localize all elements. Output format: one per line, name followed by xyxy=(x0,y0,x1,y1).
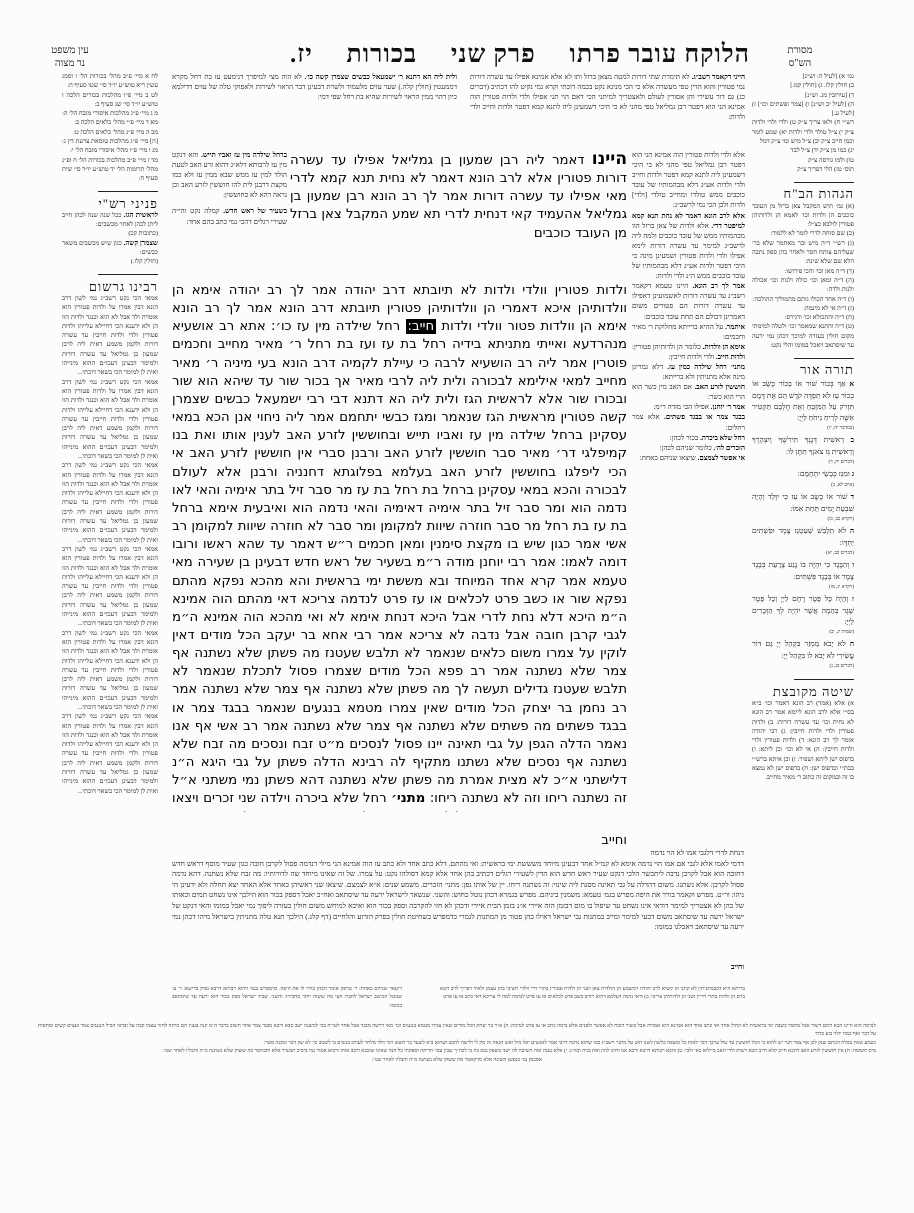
verse-text: שׁוֹר אוֹ כֶשֶׂב אוֹ עֵז כִּי יִוָּלֵד ו… xyxy=(752,492,854,513)
chapter-name: הלוקח עובר פרתו xyxy=(569,41,750,69)
left-margin-column: לח א מיי׳ פ״ב מהל׳ בכורות הל׳ ו וסמג עשי… xyxy=(62,72,158,1072)
verse-source: (שמות יג, יב) xyxy=(752,627,854,638)
rashi-entry: מתני׳ רחל שילדה כמין עז. דלא גמרינן מינה… xyxy=(632,362,745,382)
torah-or-verse: ה לֹא תִלְבַּשׁ שַׁעַטְנֵז צֶמֶר וּפִשְׁ… xyxy=(752,525,854,548)
footnotes-right: בריתא היא דבבמתניתין לא קתני הן קשיא לרב… xyxy=(440,985,745,1020)
ein-mishpat-entry: [ה] מיי׳ פ״ג מהלכות טומאת צרעת דין ג: xyxy=(62,137,158,146)
page-header: הלוקח עובר פרתו פרק שני בכורות יז. xyxy=(290,40,750,70)
rashi-text: כלומר שניהם לכהן: xyxy=(660,444,712,452)
masoret-hashas-label: מסורת הש"ס xyxy=(775,44,825,70)
rashi-lemma: אי אפשר לצמצם. xyxy=(698,454,745,462)
ornament-divider xyxy=(752,677,854,683)
rashi-lemma: אמר ר׳ יוחנן. xyxy=(711,403,745,411)
folio-number: יז. xyxy=(290,41,313,69)
habach-entry: (ד) ד״ה מאן וכו׳ והכי פירושו: xyxy=(752,267,854,276)
gemara-closing-word: וחייב xyxy=(601,833,627,848)
rashi-lemma: ולדות חייב. xyxy=(716,353,745,361)
pninei-rashi-title: פניני רש"י xyxy=(62,199,158,208)
pninei-rashi-entry: לראשית הגז. ככל שנה שנה לכהן חייב ליתן ל… xyxy=(62,211,158,230)
verse-text: וּמִגֵּז כְּבָשַׂי יִתְחַמָּם: xyxy=(798,469,850,478)
rashi-opening: הייני דקאמר רשב״ג. לא תימרת שתי דורות למ… xyxy=(470,72,745,122)
mishnah-label: מתני׳ xyxy=(391,791,425,806)
footnote-text: לנדמה הוא היינו הכא התם דשור אבל מחמד כש… xyxy=(38,1022,876,1039)
torah-or-verse: ז וְהָיָה כָּל פֶּטֶר רֶחֶם לַיְיָ וְכָל… xyxy=(752,593,854,627)
verse-text: לֹא תִלְבַּשׁ שַׁעַטְנֵז צֶמֶר וּפִשְׁתִ… xyxy=(752,526,854,547)
rashi-lemma: הזכרים לה׳. xyxy=(714,444,745,452)
torah-or-verse: א אַךְ בְּכוֹר שׁוֹר אוֹ בְכוֹר כֶּשֶׂב … xyxy=(752,378,854,423)
ornament-divider xyxy=(62,272,158,278)
lemma: לראשית הגז. xyxy=(124,211,158,219)
ein-mishpat-entry: מג ו מיי׳ פ״ו מהל׳ איסורי מזבח הל׳ י: xyxy=(62,146,158,155)
rashi-lemma: מתני׳ רחל שילדה כמין עז. xyxy=(667,363,745,371)
masoret-entry: ד) [עירובין מג. וש״נ] xyxy=(752,91,854,100)
gemara-paragraph: ולדות פטורין וולדי ולדות לא תיובתא דרב י… xyxy=(172,282,627,812)
footnotes-left: ריעאר שניהם כאחת: ר׳ טרפון אומר הכהן בור… xyxy=(172,985,402,1010)
masoret-hashas-section: גמ׳ א) [לעיל ה: וש״נ] ב) חולין קלז. ג) [… xyxy=(752,72,854,174)
habach-entry: (א) גמ׳ תיש המקבל צאן ברזל מן העובד כוכב… xyxy=(752,202,854,230)
rashi-lemma: חוששין לזרע האב. xyxy=(694,383,745,391)
rashi-entry: אימא הן וולדות. כלומר הן ולדותיהן פטורין… xyxy=(632,342,745,352)
source-ref: (חולין קלו.) xyxy=(62,257,158,266)
habach-entry: (ו) ד״ה אחד הכולו גותם מהמוליך ההולכה: xyxy=(752,295,854,304)
rashi-lemma: אמר לך רב הונא. xyxy=(692,282,745,290)
verse-source: (ויקרא יג, מז) xyxy=(752,582,854,593)
verse-source: (דברים כג, ג) xyxy=(752,661,854,672)
gemara-text-wide: ולדות פטורין וולדי ולדות לא תיובתא דרב י… xyxy=(172,282,627,812)
rashi-text: אלא ולדות של צאן ברזל הוו מבהמותיו ממש ש… xyxy=(632,222,745,280)
rashi-column: אלא ולדי ולדות פטורין הוה אמינא הני הוא … xyxy=(632,150,745,830)
habach-entry: (ה) ד״ה ומאן וכו׳ כולה ולנות וכו׳ אכולה … xyxy=(752,276,854,295)
ornament-divider xyxy=(752,355,854,361)
ein-mishpat-entry: לט ב מיי׳ פ״ו מהלכות בכורים הלכה ו טוש״ע… xyxy=(62,91,158,110)
verse-marker: ב xyxy=(851,436,854,444)
rashi-text: כלומר הן ולדותיהן פטורין: xyxy=(632,343,701,351)
masoret-entry: טו) ולמו גורסה צ״ק xyxy=(752,156,854,165)
commentary-closing-word: וחייב xyxy=(731,963,744,971)
right-margin-column: גמ׳ א) [לעיל ה: וש״נ] ב) חולין קלז. ג) [… xyxy=(752,72,854,1072)
footnote-text: בריתא היא דבבמתניתין לא קתני הן קשיא לרב… xyxy=(440,985,745,1002)
verse-text: וְהָיָה כָּל פֶּטֶר רֶחֶם לַיְיָ וְכָל פ… xyxy=(752,594,854,626)
tosafot-entry: ברחל שילדה מין עז ואביו תייש. והא דנקט מ… xyxy=(172,150,287,200)
highlighted-word: חייב: xyxy=(406,319,437,334)
rashi-entry: אמר לך רב הונא. היינו טעמא דקאמר רשב״ג ע… xyxy=(632,281,745,321)
lemma: שצמרן קשה. xyxy=(124,239,158,247)
ein-mishpat-entry: מב ה מיי׳ פ״ג מהל׳ כלאים הלכה ט: xyxy=(62,128,158,137)
ein-mishpat-entry: מ ג מיי׳ פ״ג מהלכות איסורי מזבח הל׳ ה: xyxy=(62,109,158,118)
gemara-text: היינו דאמר ליה רבן שמעון בן גמליאל אפילו… xyxy=(290,150,627,280)
ein-mishpat-label: עין משפט נר מצוה xyxy=(40,44,100,70)
torah-or-verse: ו וְהַבֶּגֶד כִּי יִהְיֶה בוֹ נֶגַע צָרָ… xyxy=(752,559,854,582)
verse-source: (ויקרא כב, כז) xyxy=(752,514,854,525)
rashi-entry: אמר ר׳ יוחנן. אפילו הכי מודה ר״מ: xyxy=(632,402,745,412)
rashi-entry: בבגד צמר או בבגד פשתים. אלא צמר רחלים: xyxy=(632,412,745,432)
rashi-lemma: אימא הן וולדות. xyxy=(703,343,745,351)
chapter-number: פרק שני xyxy=(451,41,536,69)
masoret-entry: יג) כמו מן צ״ק יד) צ״ל לבד xyxy=(752,146,854,155)
rashi-text: אלא ולדי ולדות פטורין הוה אמינא הני הוא … xyxy=(632,151,745,209)
gemara-line: רחל שילדה מין עז כו׳: אתא רב אושעיא מנהר… xyxy=(172,319,627,806)
verse-marker: ה xyxy=(850,527,854,535)
tosafot-lemma: ולית ליה הא דתנא ר׳ ישמעאל כבשים שצמרן ק… xyxy=(304,73,457,81)
torah-or-section: א אַךְ בְּכוֹר שׁוֹר אוֹ בְכוֹר כֶּשֶׂב … xyxy=(752,378,854,672)
rabbenu-gershom-text: אמאי הכי נקט רשב״ג נמי לשון דרב הונא דבי… xyxy=(62,545,158,629)
tosafot-lemma: ברחל שילדה מין עז ואביו תייש. xyxy=(201,151,287,159)
rashi-entry: חוששין לזרע האב. אם האב מין כשר הוא הרי … xyxy=(632,382,745,402)
habach-entry: (ט) ד״ה והתנא שמאמר וכו׳ ולטלה למימתי מק… xyxy=(752,322,854,350)
shita-mekubetzet-text: א) אלא (אמר) רב הונא דאמר וכו׳ ב״א בס״י … xyxy=(752,699,854,783)
rashi-entry: אלא ולדי ולדות פטורין הוה אמינא הני הוא … xyxy=(632,150,745,211)
rashi-text: ולדי ולדות חייבין: xyxy=(668,353,714,361)
rabbenu-gershom-title: רבינו גרשום xyxy=(62,282,158,291)
rashi-entry: רחל שלא ביכרה. בכור לכהן: xyxy=(632,433,745,443)
torah-or-verse: ח לֹא יָבֹא מַמְזֵר בִּקְהַל יְיָ גַּם ד… xyxy=(752,638,854,661)
torah-or-verse: ד שׁוֹר אוֹ כֶשֶׂב אוֹ עֵז כִּי יִוָּלֵד… xyxy=(752,491,854,514)
rashi-lemma: בבגד צמר או בבגד פשתים. xyxy=(664,413,745,421)
gemara-lead-word: היינו xyxy=(592,150,627,169)
masoret-entry: תוס׳ טז) הלי דפריך צ״ק xyxy=(752,165,854,174)
verse-text: לֹא יָבֹא מַמְזֵר בִּקְהַל יְיָ גַּם דּו… xyxy=(752,639,854,660)
masoret-entry: ב) חולין קלז. ג) [חולין קמ.] xyxy=(752,81,854,90)
rashi-entry: איתמר. על ההיא ברייתא מחלוקת ר׳ מאיר וחכ… xyxy=(632,322,745,342)
rashi-entry: הזכרים לה׳. כלומר שניהם לכהן: xyxy=(632,443,745,453)
verse-marker: ח xyxy=(850,640,854,648)
masoret-entry: ה) [לעיל יב וש״נ] ו) [צמר ופשתים וכו׳] ז… xyxy=(752,100,854,119)
masoret-label-line1: מסורת xyxy=(775,44,825,57)
tractate-name: בכורות xyxy=(347,41,418,69)
verse-marker: ג xyxy=(852,470,854,478)
verse-text: רֵאשִׁית דְּגָנְךָ תִּירֹשְׁךָ וְיִצְהָר… xyxy=(752,435,854,456)
rabbenu-gershom-text: אמאי הכי נקט רשב״ג נמי לשון דרב הונא דבי… xyxy=(62,629,158,713)
verse-text: וְהַבֶּגֶד כִּי יִהְיֶה בוֹ נֶגַע צָרָעַ… xyxy=(752,560,854,581)
verse-marker: ד xyxy=(851,493,854,501)
rashi-entry: ולדות חייב. ולדי ולדות חייבין: xyxy=(632,352,745,362)
rabbenu-gershom-text: אמאי הכי נקט רשב״ג נמי לשון דרב הונא דבי… xyxy=(62,294,158,378)
tosafot-entry: בשעיר של ראש חדש. קמלה נקט והי״ה שעירי ר… xyxy=(172,206,287,226)
verse-source: (דברים כב, יא) xyxy=(752,548,854,559)
verse-source: (איוב לא, כ) xyxy=(752,480,854,491)
verse-marker: ו xyxy=(852,561,854,569)
rashi-top: הייני דקאמר רשב״ג. לא תימרת שתי דורות למ… xyxy=(470,72,745,150)
rashi-text: אפילו הכי מודה ר״מ: xyxy=(653,403,709,411)
rashi-entry: אלא לרב הונא דאמר לא נחת תנא קמא למיפטר … xyxy=(632,211,745,282)
habach-entry: (ח) ד״ה והתכולא וכו׳ ודגירס: xyxy=(752,313,854,322)
bottom-commentary: דנחת לדרי דלגבי אמו לא הוי נדמה דדמי לאמ… xyxy=(172,848,744,960)
ornament-divider xyxy=(62,189,158,195)
masoret-label-line2: הש"ס xyxy=(775,57,825,70)
rashi-text: שיצאו שניהם כאחת: xyxy=(640,454,696,462)
footnote-text: מיס חשומה: ח) אין חוששין לזרע האב דהכא ח… xyxy=(38,1047,876,1055)
ein-mishpat-section: לח א מיי׳ פ״ב מהל׳ בכורות הל׳ ו וסמג עשי… xyxy=(62,72,158,184)
gemara-paragraph: היינו דאמר ליה רבן שמעון בן גמליאל אפילו… xyxy=(290,150,627,243)
source-ref: (כתובות קכ) xyxy=(62,229,158,238)
verse-marker: א xyxy=(850,380,855,388)
rashi-text: בכור לכהן: xyxy=(670,434,699,442)
tosafot-column: ולית ליה הא דתנא ר׳ ישמעאל כבשים שצמרן ק… xyxy=(172,72,457,150)
pninei-rashi-entry: שצמרן קשה. כגון שיש מכשבים משאר כבשים: xyxy=(62,239,158,258)
ein-mishpat-entry: לח א מיי׳ פ״ב מהל׳ בכורות הל׳ ו וסמג עשי… xyxy=(62,72,158,91)
shita-mekubetzet-title: שיטה מקובצת xyxy=(752,687,854,696)
rabbenu-gershom-text: אמאי הכי נקט רשב״ג נמי לשון דרב הונא דבי… xyxy=(62,712,158,796)
masoret-entry: רש״י ח) ולאו צריך צ״ק ט) ולדי ולדי ולדות… xyxy=(752,118,854,146)
ein-mishpat-entry: מד ז מיי׳ פ״ב מהלכות בכורות הל׳ ח ופ״ג מ… xyxy=(62,156,158,184)
rabbenu-gershom-text: אמאי הכי נקט רשב״ג נמי לשון דרב הונא דבי… xyxy=(62,378,158,462)
torah-or-verse: ב רֵאשִׁית דְּגָנְךָ תִּירֹשְׁךָ וְיִצְה… xyxy=(752,434,854,457)
torah-or-title: תורה אור xyxy=(752,365,854,374)
tosafot-lemma: בשעיר של ראש חדש. xyxy=(223,207,287,215)
habach-entry: (ב) שם סוחה לדרי לומר לא ללמוד: xyxy=(752,229,854,238)
footnotes-full: לנדמה הוא היינו הכא התם דשור אבל מחמד כש… xyxy=(38,1022,876,1084)
rashi-lemma: איתמר. xyxy=(725,323,745,331)
rashi-lemma: רחל שלא ביכרה. xyxy=(700,434,745,442)
masoret-entry: גמ׳ א) [לעיל ה: וש״נ] xyxy=(752,72,854,81)
hagahot-habach-title: הגהות הב"ח xyxy=(752,189,854,198)
verse-source: (במדבר יח, יז) xyxy=(752,423,854,434)
verse-marker: ז xyxy=(852,595,854,603)
verse-source: (דברים יח, ד) xyxy=(752,457,854,468)
ein-mishpat-label-line2: נר מצוה xyxy=(40,57,100,70)
commentary-text: דדמי לאמו אלא לגבי אם אמו הוי נדמה אימא … xyxy=(172,859,744,933)
habach-entry: (ג) רש״י ד״ה מיש ובר מאחמר שלא בר׳ שעליה… xyxy=(752,239,854,267)
rabbenu-gershom-text: אמאי הכי נקט רשב״ג נמי לשון דרב הונא דבי… xyxy=(62,461,158,545)
bottom-commentary-closing: וחייב xyxy=(690,962,744,974)
torah-or-verse: ג וּמִגֵּז כְּבָשַׂי יִתְחַמָּם: xyxy=(752,468,854,480)
footnote-text: נשמע שאין בכלת הכתם שנק לכן אף צמר חנוי … xyxy=(38,1039,876,1047)
commentary-intro: דנחת לדרי דלגבי אמו לא הוי נדמה xyxy=(172,848,744,859)
ein-mishpat-entry: מא ד מיי׳ פ״י מהל׳ כלאים הלכה ב: xyxy=(62,118,158,127)
ornament-divider xyxy=(752,179,854,185)
ein-mishpat-label-line1: עין משפט xyxy=(40,44,100,57)
tosafot-entry: ולית ליה הא דתנא ר׳ ישמעאל כבשים שצמרן ק… xyxy=(172,72,457,102)
rashi-entry: אי אפשר לצמצם. שיצאו שניהם כאחת: xyxy=(632,453,745,463)
footnote-text: ריעאר שניהם כאחת: ר׳ טרפון אומר הכהן בור… xyxy=(172,985,402,1010)
footnote-text: אסכמן נמי בנפשן השונה אלא מדקאמר מה ששוק… xyxy=(38,1056,876,1064)
verse-text: אַךְ בְּכוֹר שׁוֹר אוֹ בְכוֹר כֶּשֶׂב או… xyxy=(752,379,854,422)
rashi-lemma: הייני דקאמר רשב״ג. xyxy=(692,73,745,81)
habach-entry: (ז) ד״ה אי לא מינמה: xyxy=(752,304,854,313)
